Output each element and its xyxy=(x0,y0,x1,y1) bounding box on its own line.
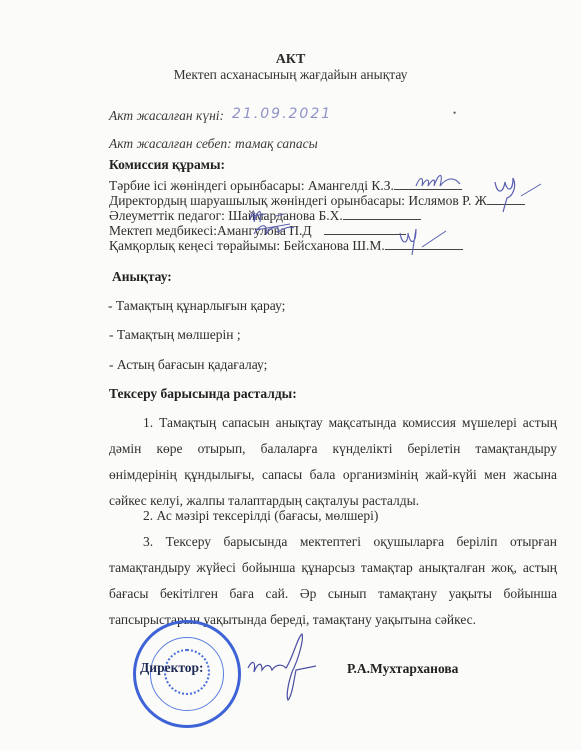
act-reason: Акт жасалған себеп: тамақ сапасы xyxy=(109,136,318,152)
signature-icon xyxy=(487,172,547,216)
purpose-item: - Тамақтың құнарлығын қарау; xyxy=(108,298,285,314)
document-subtitle: Мектеп асханасының жағдайын анықтау xyxy=(0,67,581,83)
director-signature-icon xyxy=(240,630,330,710)
purpose-item: - Тамақтың мөлшерін ; xyxy=(109,327,241,343)
act-date-label: Акт жасалған күні: xyxy=(109,108,224,124)
signature-icon xyxy=(250,218,310,240)
purpose-item: - Астың бағасын қадағалау; xyxy=(109,357,267,373)
finding-paragraph-1: 1. Тамақтың сапасын анықтау мақсатында к… xyxy=(109,410,557,514)
director-name: Р.А.Мухтарханова xyxy=(347,661,458,677)
findings-heading: Тексеру барысында расталды: xyxy=(109,386,297,402)
director-label: Директор: xyxy=(140,660,204,676)
document-title: АКТ xyxy=(0,52,581,68)
signature-icon xyxy=(394,225,454,261)
signature-line xyxy=(343,208,421,220)
stray-mark: • xyxy=(453,108,456,118)
act-date-handwritten: 21.09.2021 xyxy=(232,106,332,122)
commission-heading: Комиссия құрамы: xyxy=(109,157,225,173)
finding-paragraph-3: 3. Тексеру барысында мектептегі оқушылар… xyxy=(109,529,557,633)
purpose-heading: Анықтау: xyxy=(112,269,172,285)
signature-icon xyxy=(410,168,470,196)
commission-member: Тәрбие ісі жөніндегі орынбасары: Амангел… xyxy=(109,178,462,194)
scanned-document-page: АКТ Мектеп асханасының жағдайын анықтау … xyxy=(0,0,581,750)
finding-paragraph-2: 2. Ас мәзірі тексерілді (бағасы, мөлшері… xyxy=(109,503,557,529)
